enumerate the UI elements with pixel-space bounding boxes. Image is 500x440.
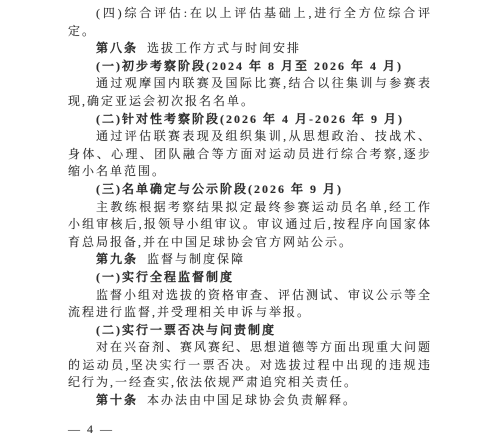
paragraph-text: 对在兴奋剂、赛风赛纪、思想道德等方面出现重大问题的运动员,坚决实行一票否决。对选… [68,340,432,389]
paragraph: 通过评估联赛表现及组织集训,从思想政治、技战术、身体、心理、团队融合等方面对运动… [68,128,432,181]
paragraph-text: 主教练根据考察结果拟定最终参赛运动员名单,经工作小组审核后,报领导小组审议。审议… [68,200,432,249]
paragraph-text: (一)初步考察阶段(2024 年 8 月至 2026 年 4 月) [96,59,403,73]
article-number: 第八条 [96,41,138,55]
paragraph: (三)名单确定与公示阶段(2026 年 9 月) [68,181,432,199]
paragraph: 第九条监督与制度保障 [68,251,432,269]
paragraph-text: 通过观摩国内联赛及国际比赛,结合以往集训与参赛表现,确定亚运会初次报名名单。 [68,76,432,108]
paragraph-text: 监督与制度保障 [147,252,245,266]
paragraph: 监督小组对选拔的资格审查、评估测试、审议公示等全流程进行监督,并受理相关申诉与举… [68,287,432,322]
paragraph: (二)实行一票否决与问责制度 [68,322,432,340]
paragraph: 通过观摩国内联赛及国际比赛,结合以往集训与参赛表现,确定亚运会初次报名名单。 [68,75,432,110]
paragraph-text: (二)针对性考察阶段(2026 年 4 月-2026 年 9 月) [96,112,404,126]
page-number: — 4 — [68,422,114,436]
paragraph-text: 监督小组对选拔的资格审查、评估测试、审议公示等全流程进行监督,并受理相关申诉与举… [68,288,432,320]
paragraph: 第八条选拔工作方式与时间安排 [68,40,432,58]
paragraph: 主教练根据考察结果拟定最终参赛运动员名单,经工作小组审核后,报领导小组审议。审议… [68,199,432,252]
paragraph: (二)针对性考察阶段(2026 年 4 月-2026 年 9 月) [68,111,432,129]
document-page: (四)综合评估:在以上评估基础上,进行全方位综合评定。 第八条选拔工作方式与时间… [0,0,500,440]
article-number: 第九条 [96,252,138,266]
page-footer: — 4 — [68,422,432,437]
paragraph-text: (三)名单确定与公示阶段(2026 年 9 月) [96,182,343,196]
paragraph: (一)初步考察阶段(2024 年 8 月至 2026 年 4 月) [68,58,432,76]
paragraph: (四)综合评估:在以上评估基础上,进行全方位综合评定。 [68,5,432,40]
document-body: (四)综合评估:在以上评估基础上,进行全方位综合评定。 第八条选拔工作方式与时间… [68,5,432,410]
paragraph-text: 通过评估联赛表现及组织集训,从思想政治、技战术、身体、心理、团队融合等方面对运动… [68,129,432,178]
paragraph-text: (一)实行全程监督制度 [96,270,234,284]
paragraph-text: 选拔工作方式与时间安排 [147,41,301,55]
paragraph: (一)实行全程监督制度 [68,269,432,287]
article-number: 第十条 [96,393,138,407]
paragraph: 第十条本办法由中国足球协会负责解释。 [68,392,432,410]
paragraph-text: 本办法由中国足球协会负责解释。 [147,393,357,407]
paragraph-text: (四)综合评估:在以上评估基础上,进行全方位综合评定。 [68,6,432,38]
paragraph: 对在兴奋剂、赛风赛纪、思想道德等方面出现重大问题的运动员,坚决实行一票否决。对选… [68,339,432,392]
paragraph-text: (二)实行一票否决与问责制度 [96,323,276,337]
